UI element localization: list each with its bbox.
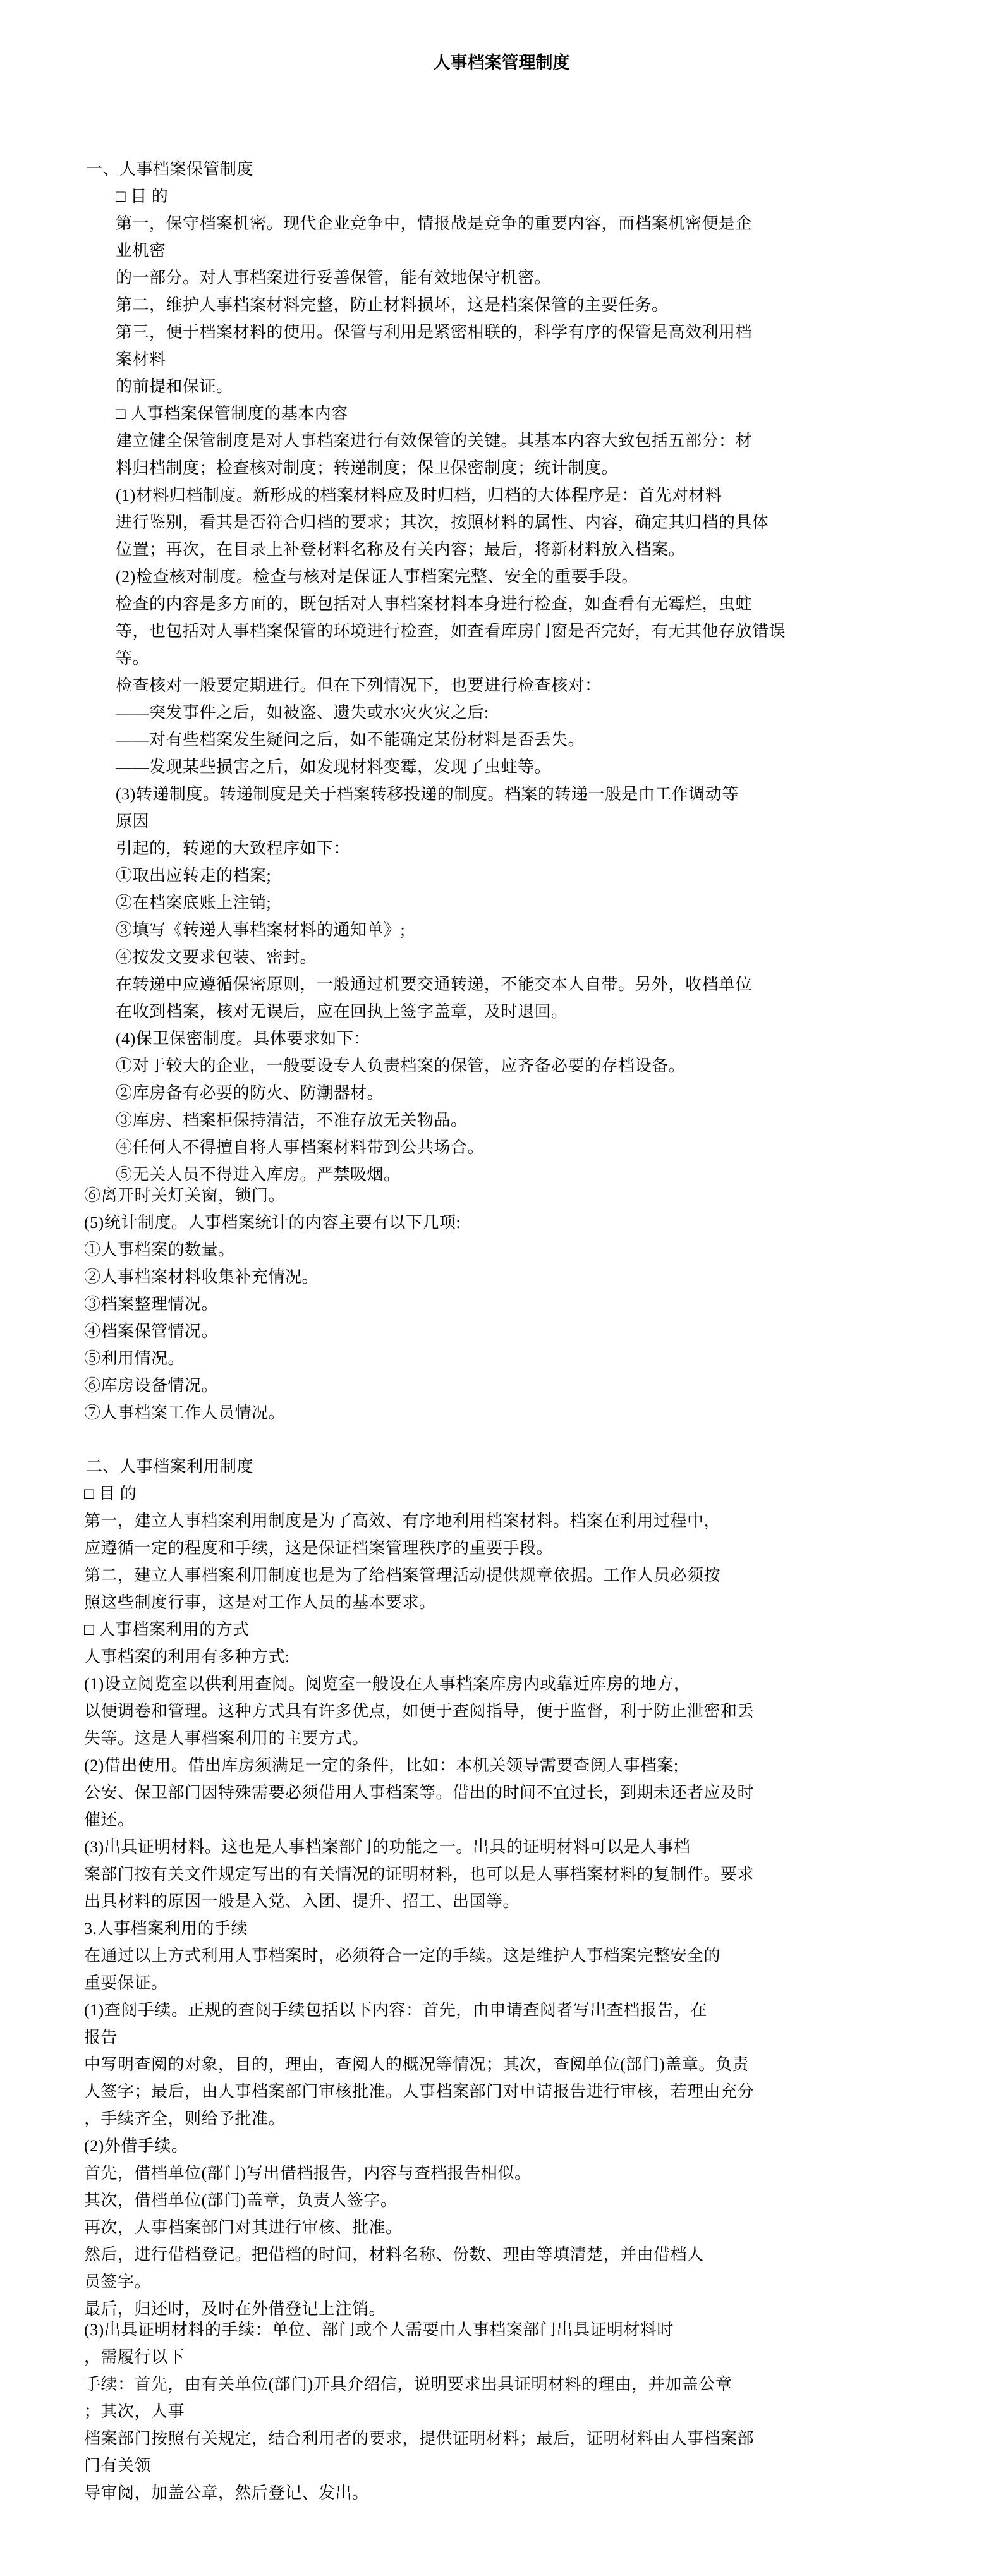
document-title: 人事档案管理制度 — [0, 0, 1003, 73]
text-line: ③填写《转递人事档案材料的通知单》; — [116, 916, 1003, 944]
text-line: □ 人事档案保管制度的基本内容 — [116, 400, 1003, 427]
text-line: 然后，进行借档登记。把借档的时间，材料名称、份数、理由等填清楚，并由借档人 — [84, 2241, 1003, 2268]
text-line: 案部门按有关文件规定写出的有关情况的证明材料，也可以是人事档案材料的复制件。要求 — [84, 1861, 1003, 1888]
text-line: ，手续齐全，则给予批准。 — [84, 2105, 1003, 2132]
text-line: (1)查阅手续。正规的查阅手续包括以下内容：首先，由申请查阅者写出查档报告，在 — [84, 1996, 1003, 2024]
text-line: 出具材料的原因一般是入党、入团、提升、招工、出国等。 — [84, 1888, 1003, 1915]
text-line: 人事档案的利用有多种方式: — [84, 1643, 1003, 1670]
text-line: ⑥库房设备情况。 — [84, 1372, 1003, 1399]
text-line: ①取出应转走的档案; — [116, 862, 1003, 889]
text-line: 失等。这是人事档案利用的主要方式。 — [84, 1725, 1003, 1752]
text-line: 位置；再次，在目录上补登材料名称及有关内容；最后，将新材料放入档案。 — [116, 536, 1003, 563]
text-line: ④按发文要求包装、密封。 — [116, 944, 1003, 971]
text-line: 检查核对一般要定期进行。但在下列情况下，也要进行检查核对： — [116, 672, 1003, 699]
text-line: 3.人事档案利用的手续 — [84, 1915, 1003, 1942]
text-line: (1)设立阅览室以供利用查阅。阅览室一般设在人事档案库房内或靠近库房的地方， — [84, 1670, 1003, 1698]
text-line: ——对有些档案发生疑问之后，如不能确定某份材料是否丢失。 — [116, 726, 1003, 753]
text-line: ①对于较大的企业，一般要设专人负责档案的保管，应齐备必要的存档设备。 — [116, 1052, 1003, 1079]
text-line: 催还。 — [84, 1806, 1003, 1833]
text-line: ，需履行以下 — [84, 2343, 1003, 2371]
text-line: ②人事档案材料收集补充情况。 — [84, 1263, 1003, 1291]
text-line: (3)出具证明材料的手续：单位、部门或个人需要由人事档案部门出具证明材料时 — [84, 2316, 1003, 2343]
text-line: ③库房、档案柜保持清洁，不准存放无关物品。 — [116, 1107, 1003, 1134]
text-line: 业机密 — [116, 237, 1003, 264]
document-page: 人事档案管理制度 一、人事档案保管制度□ 目 的第一，保守档案机密。现代企业竞争… — [0, 0, 1003, 2576]
text-line: ⑦人事档案工作人员情况。 — [84, 1399, 1003, 1426]
text-line: 首先，借档单位(部门)写出借档报告，内容与查档报告相似。 — [84, 2160, 1003, 2187]
text-line: ——突发事件之后，如被盗、遗失或水灾火灾之后: — [116, 699, 1003, 726]
text-line: 第三，便于档案材料的使用。保管与利用是紧密相联的，科学有序的保管是高效利用档 — [116, 319, 1003, 346]
text-line: 第二，建立人事档案利用制度也是为了给档案管理活动提供规章依据。工作人员必须按 — [84, 1562, 1003, 1589]
text-line: (5)统计制度。人事档案统计的内容主要有以下几项: — [84, 1209, 1003, 1236]
text-line: ①人事档案的数量。 — [84, 1236, 1003, 1263]
text-line: 员签字。 — [84, 2268, 1003, 2295]
section-gap — [0, 1426, 1003, 1453]
text-line: ④任何人不得擅自将人事档案材料带到公共场合。 — [116, 1134, 1003, 1161]
text-line: 在通过以上方式利用人事档案时，必须符合一定的手续。这是维护人事档案完整安全的 — [84, 1942, 1003, 1969]
text-line: 检查的内容是多方面的，既包括对人事档案材料本身进行检查，如查看有无霉烂，虫蛀 — [116, 590, 1003, 617]
text-line: 料归档制度；检查核对制度；转递制度；保卫保密制度；统计制度。 — [116, 454, 1003, 482]
text-line: ④档案保管情况。 — [84, 1318, 1003, 1345]
text-line: 中写明查阅的对象，目的，理由，查阅人的概况等情况；其次，查阅单位(部门)盖章。负… — [84, 2051, 1003, 2078]
text-line: □ 目 的 — [84, 1480, 1003, 1507]
text-line: 的前提和保证。 — [116, 373, 1003, 400]
text-line: (3)出具证明材料。这也是人事档案部门的功能之一。出具的证明材料可以是人事档 — [84, 1833, 1003, 1861]
text-line: ；其次，人事 — [84, 2398, 1003, 2425]
text-line: 进行鉴别，看其是否符合归档的要求；其次，按照材料的属性、内容，确定其归档的具体 — [116, 509, 1003, 536]
text-line: 档案部门按照有关规定，结合利用者的要求，提供证明材料；最后，证明材料由人事档案部 — [84, 2425, 1003, 2452]
text-line: (1)材料归档制度。新形成的档案材料应及时归档，归档的大体程序是：首先对材料 — [116, 482, 1003, 509]
text-line: 第一，保守档案机密。现代企业竞争中，情报战是竞争的重要内容，而档案机密便是企 — [116, 210, 1003, 237]
text-line: (2)借出使用。借出库房须满足一定的条件，比如：本机关领导需要查阅人事档案; — [84, 1752, 1003, 1779]
text-line: (4)保卫保密制度。具体要求如下： — [116, 1025, 1003, 1052]
document-body: 一、人事档案保管制度□ 目 的第一，保守档案机密。现代企业竞争中，情报战是竞争的… — [0, 73, 1003, 2576]
text-line: 以便调卷和管理。这种方式具有许多优点，如便于查阅指导，便于监督，利于防止泄密和丢 — [84, 1698, 1003, 1725]
text-line: 再次，人事档案部门对其进行审核、批准。 — [84, 2214, 1003, 2241]
text-line: 原因 — [116, 808, 1003, 835]
text-line: ②在档案底账上注销; — [116, 889, 1003, 916]
text-line: ——发现某些损害之后，如发现材料变霉，发现了虫蛀等。 — [116, 753, 1003, 781]
text-line: □ 目 的 — [116, 183, 1003, 210]
text-line: 的一部分。对人事档案进行妥善保管，能有效地保守机密。 — [116, 264, 1003, 291]
text-line: 案材料 — [116, 346, 1003, 373]
text-line: 导审阅，加盖公章，然后登记、发出。 — [84, 2479, 1003, 2506]
text-line: (3)转递制度。转递制度是关于档案转移投递的制度。档案的转递一般是由工作调动等 — [116, 781, 1003, 808]
section-heading: 一、人事档案保管制度 — [86, 155, 1003, 183]
text-line: 应遵循一定的程度和手续，这是保证档案管理秩序的重要手段。 — [84, 1534, 1003, 1562]
text-line: 第一，建立人事档案利用制度是为了高效、有序地利用档案材料。档案在利用过程中， — [84, 1507, 1003, 1534]
section-heading: 二、人事档案利用制度 — [86, 1453, 1003, 1480]
text-line: ⑥离开时关灯关窗，锁门。 — [84, 1182, 1003, 1209]
text-line: 人签字；最后，由人事档案部门审核批准。人事档案部门对申请报告进行审核，若理由充分 — [84, 2078, 1003, 2105]
text-line: 报告 — [84, 2024, 1003, 2051]
text-line: ⑤利用情况。 — [84, 1345, 1003, 1372]
text-line: (2)外借手续。 — [84, 2132, 1003, 2160]
text-line: 其次，借档单位(部门)盖章，负责人签字。 — [84, 2187, 1003, 2214]
text-line: 门有关领 — [84, 2452, 1003, 2479]
text-line: 等。 — [116, 645, 1003, 672]
text-line: □ 人事档案利用的方式 — [84, 1616, 1003, 1643]
text-line: 引起的，转递的大致程序如下： — [116, 835, 1003, 862]
text-line: 重要保证。 — [84, 1969, 1003, 1996]
text-line: ②库房备有必要的防火、防潮器材。 — [116, 1079, 1003, 1107]
text-line: 在转递中应遵循保密原则，一般通过机要交通转递，不能交本人自带。另外，收档单位 — [116, 971, 1003, 998]
text-line: 照这些制度行事，这是对工作人员的基本要求。 — [84, 1589, 1003, 1616]
text-line: (2)检查核对制度。检查与核对是保证人事档案完整、安全的重要手段。 — [116, 563, 1003, 590]
text-line: 第二，维护人事档案材料完整，防止材料损坏，这是档案保管的主要任务。 — [116, 291, 1003, 319]
text-line: 公安、保卫部门因特殊需要必须借用人事档案等。借出的时间不宜过长，到期未还者应及时 — [84, 1779, 1003, 1806]
text-line: 手续：首先，由有关单位(部门)开具介绍信，说明要求出具证明材料的理由，并加盖公章 — [84, 2371, 1003, 2398]
text-line: 在收到档案，核对无误后，应在回执上签字盖章，及时退回。 — [116, 998, 1003, 1025]
text-line: 等，也包括对人事档案保管的环境进行检查，如查看库房门窗是否完好，有无其他存放错误 — [116, 617, 1003, 645]
text-line: ③档案整理情况。 — [84, 1291, 1003, 1318]
text-line: 建立健全保管制度是对人事档案进行有效保管的关键。其基本内容大致包括五部分：材 — [116, 427, 1003, 454]
